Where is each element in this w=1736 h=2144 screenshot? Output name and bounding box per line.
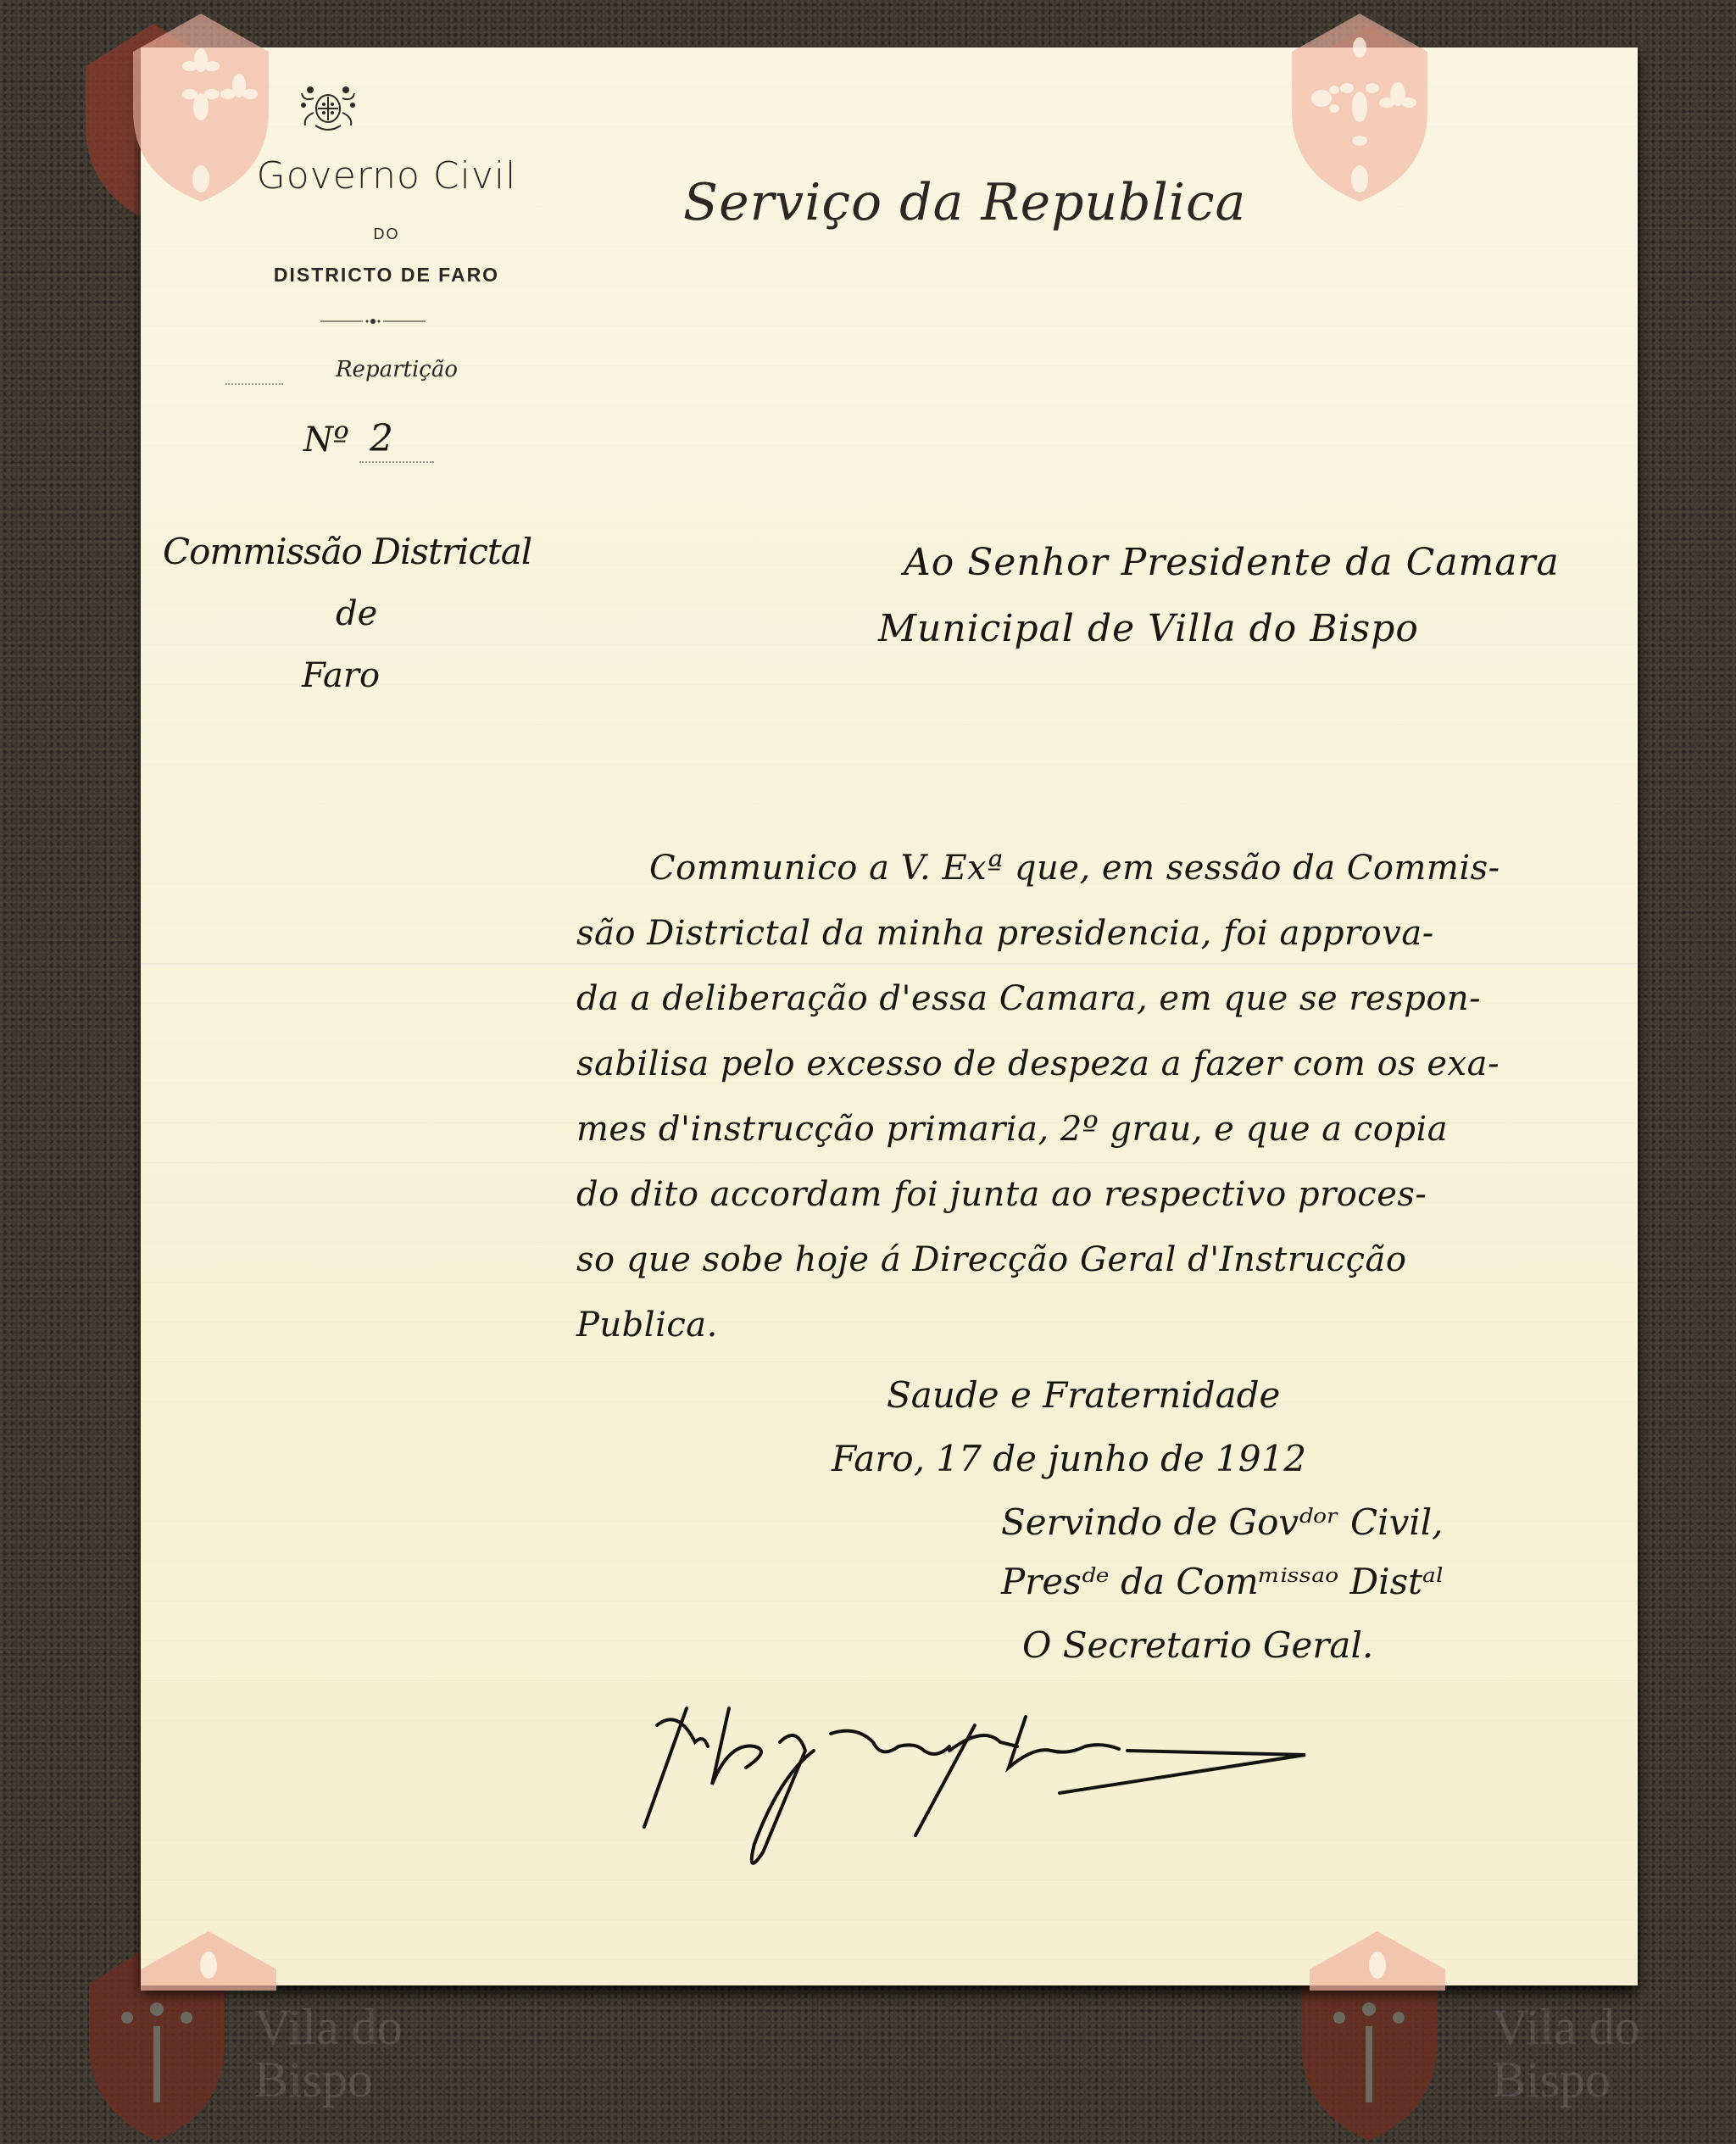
letterhead-title: Governo Civil — [141, 154, 632, 198]
paper-fold-line — [141, 963, 1638, 966]
body-line-5: mes d'instrucção primaria, 2º grau, e qu… — [576, 1110, 1448, 1149]
signatory-role-3: O Secretario Geral. — [1022, 1624, 1373, 1666]
body-line-7: so que sobe hoje á Direcção Geral d'Inst… — [576, 1240, 1406, 1279]
department-line2: de — [336, 594, 377, 633]
watermark-text-bottom-right: Vila do Bispo — [1492, 2001, 1640, 2106]
signatory-role-1: Servindo de Govᵈᵒʳ Civil, — [1001, 1501, 1444, 1543]
shield-crest-icon — [136, 1931, 281, 1991]
watermark-text-bottom-left: Vila do Bispo — [254, 2001, 403, 2106]
body-line-2: são Districtal da minha presidencia, foi… — [576, 914, 1434, 953]
watermark-shield-paper-top-right — [1288, 14, 1432, 204]
coat-of-arms-icon — [298, 83, 358, 136]
repartition-label: Repartição — [287, 357, 507, 382]
addressee-line2: Municipal de Villa do Bispo — [878, 607, 1419, 650]
closing-salutation: Saude e Fraternidade — [887, 1374, 1280, 1416]
letterhead-do: DO — [141, 226, 632, 243]
dotted-leader-line — [359, 461, 434, 463]
handwritten-signature-icon — [475, 1674, 1475, 1869]
body-line-1: Communico a V. Exª que, em sessão da Com… — [649, 849, 1500, 888]
addressee-line1: Ao Senhor Presidente da Camara — [904, 541, 1560, 584]
divider-ornament-icon — [320, 317, 426, 326]
dotted-leader-line — [225, 383, 283, 385]
letterhead-district: DISTRICTO DE FARO — [141, 264, 632, 287]
place-date: Faro, 17 de junho de 1912 — [832, 1438, 1306, 1479]
watermark-shield-paper-bottom-right — [1305, 1931, 1449, 1991]
shield-crest-icon — [1305, 1931, 1449, 1991]
signatory-role-2: Presᵈᵉ da Comᵐⁱˢˢᵃᵒ Distᵃˡ — [1001, 1561, 1444, 1602]
body-line-8: Publica. — [576, 1306, 718, 1345]
body-line-4: sabilisa pelo excesso de despeza a fazer… — [576, 1044, 1500, 1083]
department-line3: Faro — [302, 656, 380, 695]
department-line1: Commissão Districtal — [163, 531, 531, 572]
service-header: Serviço da Republica — [683, 173, 1246, 232]
watermark-shield-paper-bottom-left — [136, 1931, 281, 1991]
body-line-6: do dito accordam foi junta ao respectivo… — [576, 1175, 1427, 1214]
shield-crest-icon — [1288, 14, 1432, 204]
body-line-3: da a deliberação d'essa Camara, em que s… — [576, 979, 1481, 1018]
number-value: 2 — [370, 417, 393, 460]
number-label: Nº — [303, 420, 349, 459]
